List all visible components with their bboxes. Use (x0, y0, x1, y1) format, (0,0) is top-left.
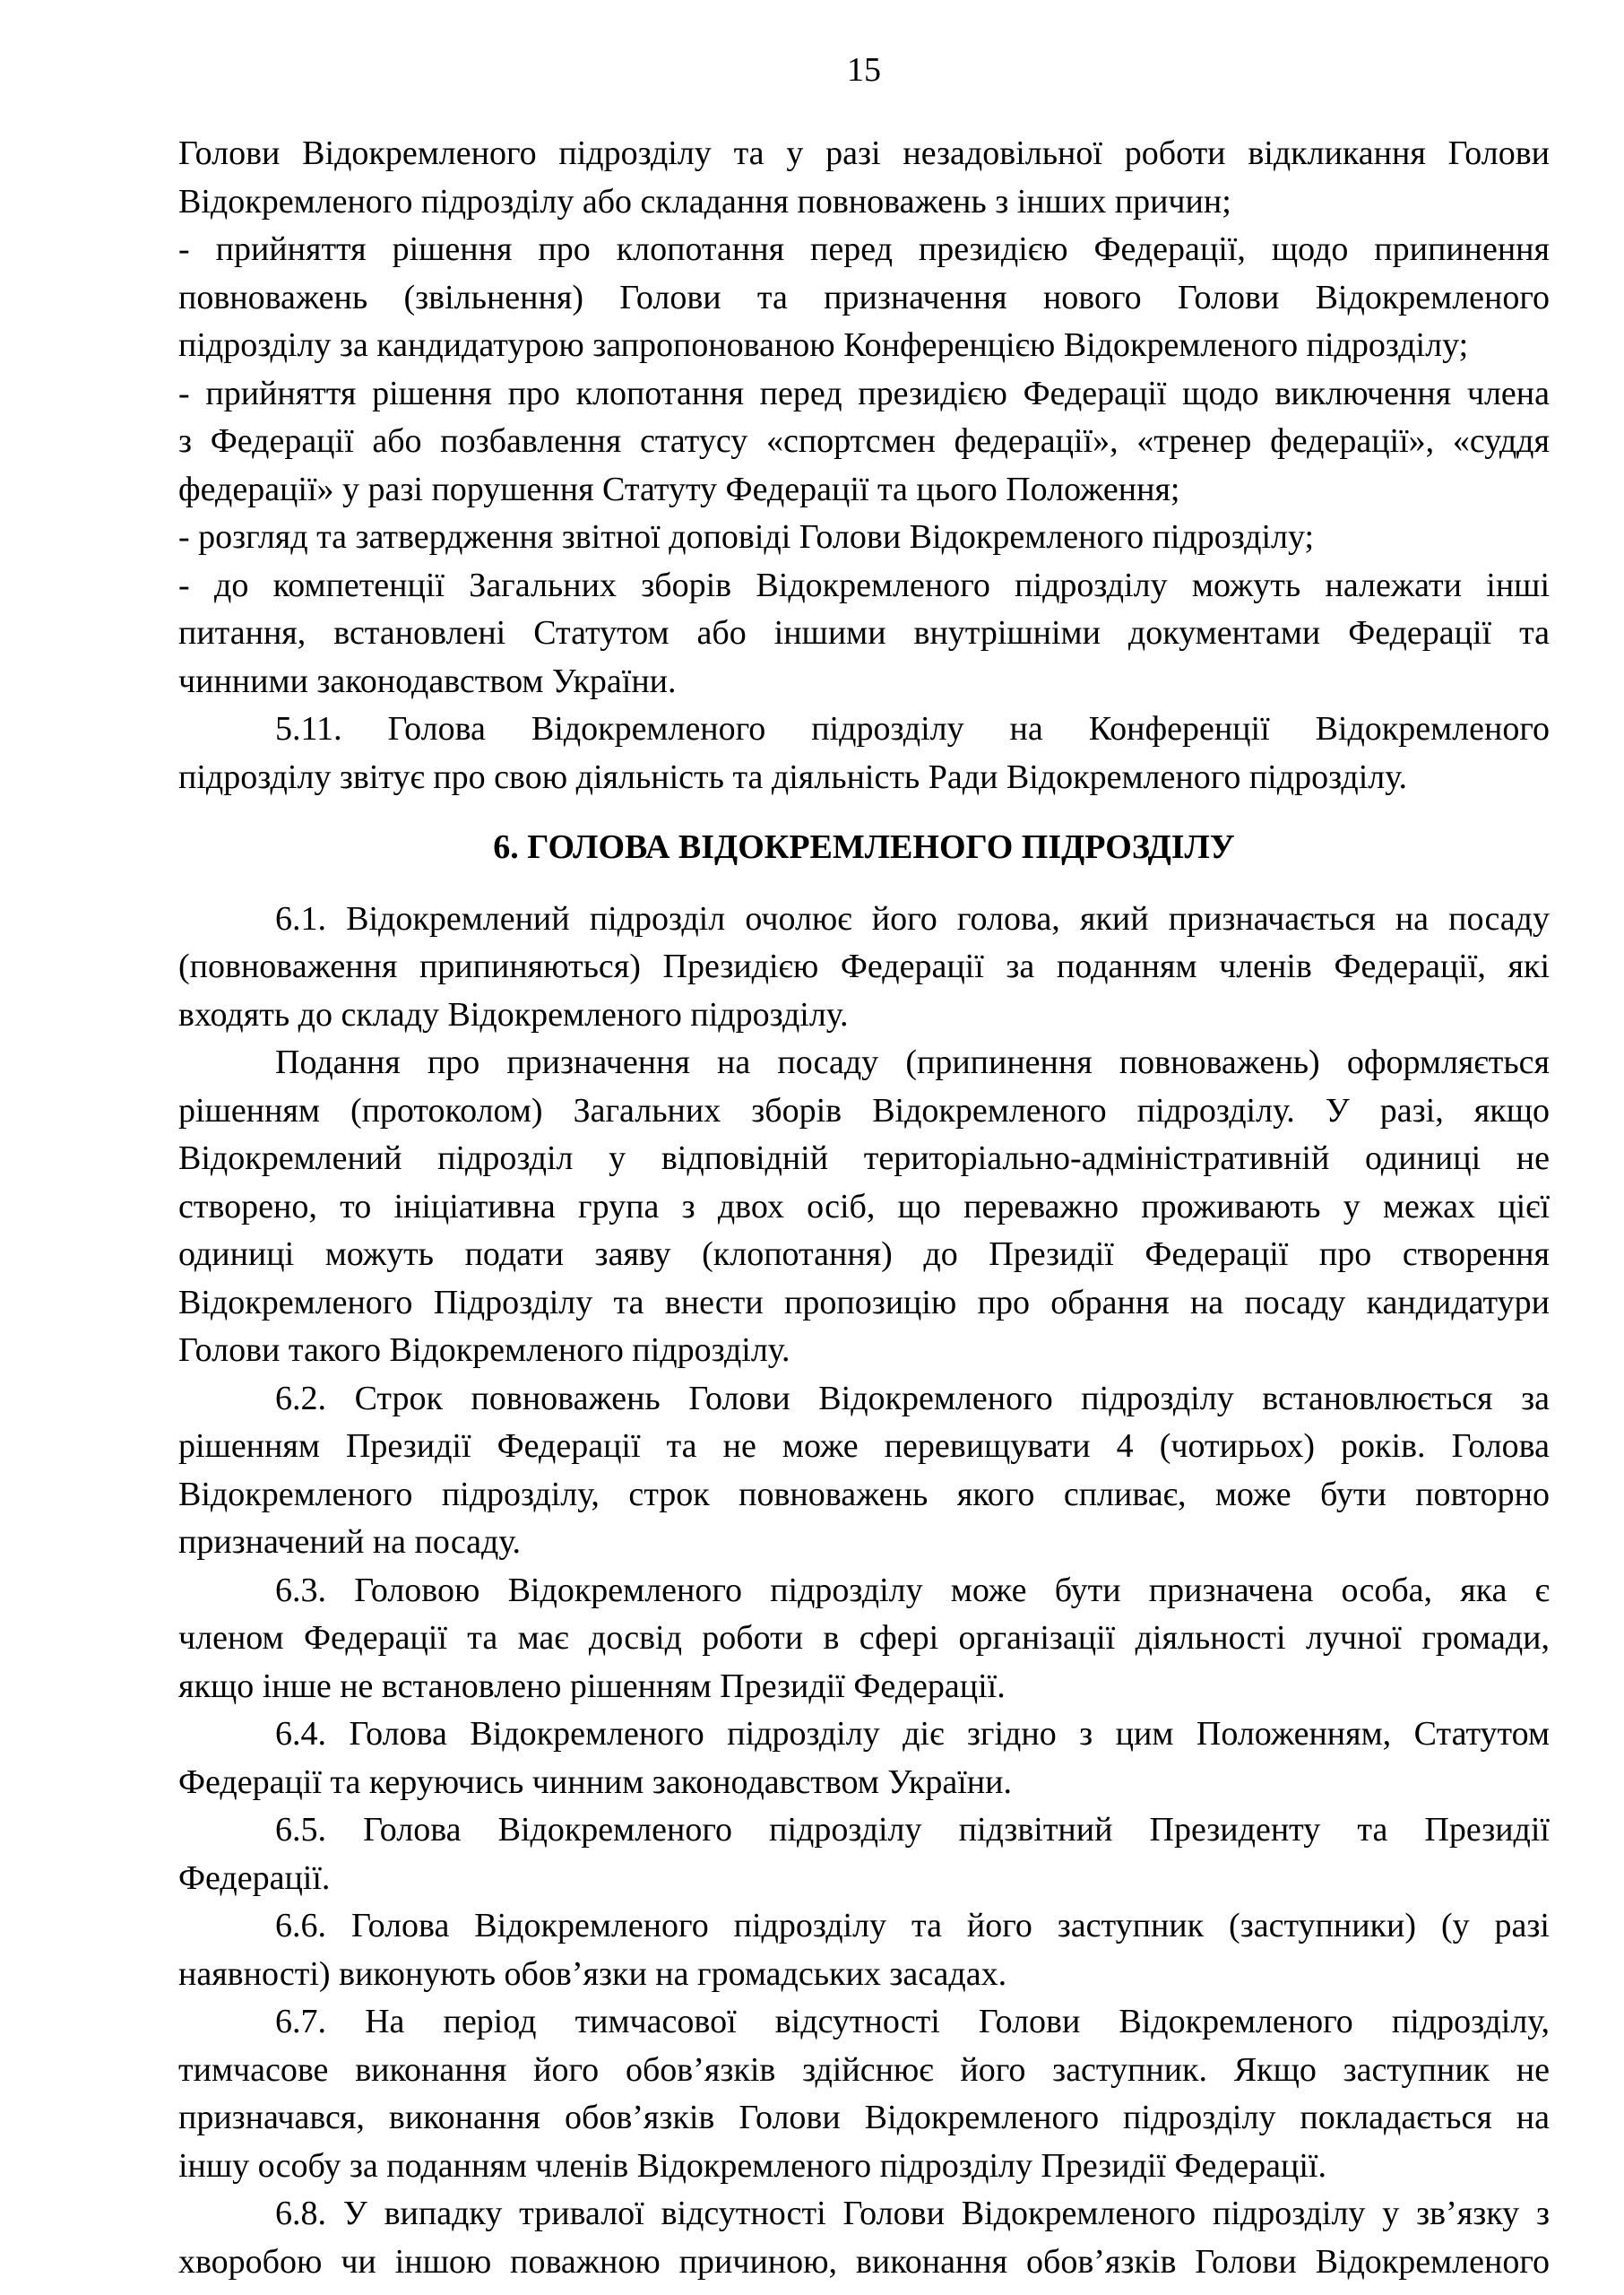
text-line: тимчасове виконання його обов’язків здій… (178, 2047, 1550, 2095)
text-line: Відокремленого Підрозділу та внести проп… (178, 1279, 1550, 1328)
text-line: Федерації. (178, 1855, 1550, 1903)
bullet-item-2: - прийняття рішення про клопотання перед… (178, 370, 1550, 515)
text-line: - прийняття рішення про клопотання перед… (178, 370, 1550, 419)
text-line: 6.2. Строк повноважень Голови Відокремле… (178, 1375, 1550, 1424)
bullet-item-3: - розгляд та затвердження звітної допові… (178, 514, 1550, 562)
text-line: наявності) виконують обов’язки на громад… (178, 1951, 1550, 1999)
text-line: (повноваження припиняються) Президією Фе… (178, 943, 1550, 992)
text-line: - розгляд та затвердження звітної допові… (178, 514, 1550, 562)
text-line: Відокремленого підрозділу, строк повнова… (178, 1471, 1550, 1520)
text-line: 6.4. Голова Відокремленого підрозділу ді… (178, 1710, 1550, 1759)
text-line: повноважень (звільнення) Голови та призн… (178, 274, 1550, 323)
text-line: з Федерації або позбавлення статусу «спо… (178, 418, 1550, 466)
page-number: 15 (178, 47, 1550, 94)
text-line: 6.1. Відокремлений підрозділ очолює його… (178, 896, 1550, 944)
bullet-item-4: - до компетенції Загальних зборів Відокр… (178, 562, 1550, 706)
text-line: Голови Відокремленого підрозділу та у ра… (178, 130, 1550, 178)
text-line: Відокремленого підрозділу або складання … (178, 178, 1550, 227)
clause-6-1: 6.1. Відокремлений підрозділ очолює його… (178, 896, 1550, 1040)
text-line: членом Федерації та має досвід роботи в … (178, 1615, 1550, 1663)
text-line: хворобою чи іншою поважною причиною, вик… (178, 2239, 1550, 2287)
clause-6-2: 6.2. Строк повноважень Голови Відокремле… (178, 1375, 1550, 1567)
text-line: федерації» у разі порушення Статуту Феде… (178, 466, 1550, 515)
text-line: - до компетенції Загальних зборів Відокр… (178, 562, 1550, 611)
document-body: Голови Відокремленого підрозділу та у ра… (178, 130, 1550, 2286)
document-content: 15 Голови Відокремленого підрозділу та у… (178, 47, 1550, 2286)
text-line: одиниці можуть подати заяву (клопотання)… (178, 1231, 1550, 1279)
text-line: 6.5. Голова Відокремленого підрозділу пі… (178, 1806, 1550, 1855)
text-line: - прийняття рішення про клопотання перед… (178, 226, 1550, 274)
text-line: 6.7. На період тимчасової відсутності Го… (178, 1998, 1550, 2047)
clause-5-11: 5.11. Голова Відокремленого підрозділу н… (178, 706, 1550, 801)
text-line: рішенням (протоколом) Загальних зборів В… (178, 1087, 1550, 1136)
clause-6-1-continuation: Подання про призначення на посаду (припи… (178, 1039, 1550, 1375)
text-line: Відокремлений підрозділ у відповідній те… (178, 1135, 1550, 1183)
paragraph-continuation: Голови Відокремленого підрозділу та у ра… (178, 130, 1550, 226)
text-line: рішенням Президії Федерації та не може п… (178, 1423, 1550, 1471)
text-line: чинними законодавством України. (178, 658, 1550, 706)
section-6-heading: 6. ГОЛОВА ВІДОКРЕМЛЕНОГО ПІДРОЗДІЛУ (178, 824, 1550, 872)
clause-6-5: 6.5. Голова Відокремленого підрозділу пі… (178, 1806, 1550, 1902)
text-line: 6.3. Головою Відокремленого підрозділу м… (178, 1567, 1550, 1615)
text-line: призначений на посаду. (178, 1519, 1550, 1567)
text-line: входять до складу Відокремленого підрозд… (178, 992, 1550, 1040)
clause-6-8: 6.8. У випадку тривалої відсутності Голо… (178, 2190, 1550, 2286)
text-line: підрозділу за кандидатурою запропоновано… (178, 322, 1550, 370)
clause-6-6: 6.6. Голова Відокремленого підрозділу та… (178, 1902, 1550, 1998)
text-line: Федерації та керуючись чинним законодавс… (178, 1759, 1550, 1807)
document-page: 15 Голови Відокремленого підрозділу та у… (0, 0, 1624, 2295)
text-line: іншу особу за поданням членів Відокремле… (178, 2143, 1550, 2191)
clause-6-3: 6.3. Головою Відокремленого підрозділу м… (178, 1567, 1550, 1711)
clause-6-7: 6.7. На період тимчасової відсутності Го… (178, 1998, 1550, 2190)
text-line: 5.11. Голова Відокремленого підрозділу н… (178, 706, 1550, 754)
text-line: Подання про призначення на посаду (припи… (178, 1039, 1550, 1087)
text-line: якщо інше не встановлено рішенням Презид… (178, 1663, 1550, 1711)
text-line: 6.6. Голова Відокремленого підрозділу та… (178, 1902, 1550, 1951)
text-line: створено, то ініціативна група з двох ос… (178, 1183, 1550, 1232)
clause-6-4: 6.4. Голова Відокремленого підрозділу ді… (178, 1710, 1550, 1806)
text-line: 6.8. У випадку тривалої відсутності Голо… (178, 2190, 1550, 2239)
text-line: Голови такого Відокремленого підрозділу. (178, 1327, 1550, 1375)
text-line: питання, встановлені Статутом або іншими… (178, 610, 1550, 658)
text-line: призначався, виконання обов’язків Голови… (178, 2094, 1550, 2143)
text-line: підрозділу звітує про свою діяльність та… (178, 754, 1550, 802)
bullet-item-1: - прийняття рішення про клопотання перед… (178, 226, 1550, 370)
